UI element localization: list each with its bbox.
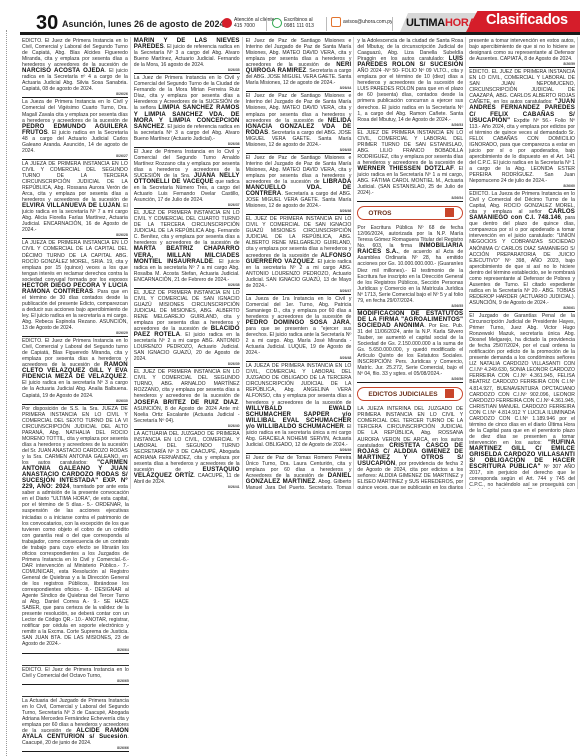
notice-code: 8/26/41 (134, 485, 240, 489)
notice-subject-name: NARCISO ACOSTA OJEDA (22, 67, 105, 74)
notice-code: 8/26/37 (134, 203, 240, 207)
divider (22, 654, 129, 666)
classified-notice: EL JUEZ DE PRIMERA INSTANCIA EN LO CIVIL… (246, 215, 352, 295)
classified-notice: El Juez de Paz de Santiago Misiones e In… (246, 154, 352, 215)
section-banner: Clasificados (466, 11, 580, 32)
classified-notice: MODIFICACION DE ESTATUTOS DE LA FIRMA "A… (357, 310, 463, 384)
notice-subject-name: ELVIRA VILLANUEVA DE LUJAN (22, 202, 120, 209)
classified-notice: EDICTO. EL JUEZ DE PRIMERA INSTANCIA EN … (469, 68, 575, 190)
classified-notice: EL JUEZ DE PRIMERA INSTANCIA EN LO CIVIL… (134, 209, 240, 289)
classified-notice: La Jueza de Primera Instancia en lo Civi… (22, 98, 128, 159)
notice-code: 8/26/26 (22, 92, 128, 96)
notice-code: 8/26/56 (357, 377, 463, 381)
section-icon (445, 389, 454, 398)
notice-code: 8/26/40 (134, 424, 240, 428)
notice-code: 8/26/46 (246, 209, 352, 213)
notice-code: 8/26/60 (469, 184, 575, 188)
classified-notice: La Jueza de 1ra Instancia en lo Civil y … (246, 295, 352, 362)
classified-notice: EL JUEZ DE PRIMERA INSTANCIA EN LO CIVIL… (134, 368, 240, 429)
notice-code: 8/26/35 (134, 68, 240, 72)
publication-date: Asunción, lunes 26 de agosto de 2024 (62, 19, 225, 29)
notice-code: 8/26/29 (22, 331, 128, 335)
classified-notice: El Juzgado de Garantías Penal de la Circ… (469, 312, 575, 489)
classified-notice: LA ACTUARIA DEL JUZGADO DE PRIMERA INSTA… (134, 430, 240, 490)
classified-notice: La Juez de Primera Instancia en lo Civil… (134, 74, 240, 148)
whatsapp-icon (272, 18, 282, 28)
classified-notice: MARIN Y DE LAS NIEVES PAREDES. El juicio… (134, 37, 240, 74)
section-title: Clasificados (486, 12, 568, 28)
email-contact: avisos@uhora.com.py (331, 17, 393, 27)
notice-subject-name: PEDRO DOMINGO SOSA JARA (246, 319, 350, 326)
notice-code: 8/26/39 (134, 362, 240, 366)
column-3: El Juez de Paz de Santiago Misiones e In… (246, 37, 355, 489)
phone-icon (222, 18, 232, 28)
classified-notice: EL JUEZ DE PRIMERA INSTANCIA EN LO CIVIL… (357, 129, 463, 203)
classified-notice: Por Escritura Pública Nº 68 de fecha 12/… (357, 224, 463, 310)
notice-code: 8/26/47 (246, 289, 352, 293)
divider (22, 685, 129, 697)
notice-code: 8/26/44 (246, 86, 352, 90)
classified-notice: EDICTO. El Juez de Primera Instancia en … (22, 37, 128, 98)
classified-notice: EDICTO. La Jueza de Primera Instancia en… (469, 190, 575, 312)
notice-code: 8/26/55 (357, 304, 463, 308)
section-icon (445, 208, 454, 217)
column-6: saber a admisión de la presente convocac… (22, 489, 131, 752)
classified-notice: El Juez de Paz de Santiago Misiones e In… (246, 37, 352, 92)
customer-service-contact: Atención al cliente:415 7000 (222, 17, 276, 29)
classified-notice: El Juez de Paz de Santiago Misiones e In… (246, 92, 352, 153)
divider (392, 17, 393, 31)
classified-notice: El Juez de Primera Instancia en lo Civil… (134, 148, 240, 209)
notice-code: 8/26/59 (469, 62, 575, 66)
column-2: MARIN Y DE LAS NIEVES PAREDES. El juicio… (134, 37, 243, 489)
classified-notice: El Juez de Paz de Tomas Romero Pereira Ú… (246, 454, 352, 489)
page-header: 30 Asunción, lunes 26 de agosto de 2024 … (0, 0, 580, 32)
notice-subject-name: WILLYBALD EWALD SCHUMACHER SAPPER y/o WI… (246, 405, 352, 430)
notice-code: 8/26/38 (134, 283, 240, 287)
notice-code: 8/26/54 (357, 196, 463, 200)
notice-code: 8/26/65 (22, 679, 129, 683)
notice-code: 8/26/30 (22, 399, 128, 403)
classified-notice: saber a admisión de la presente convocac… (22, 489, 129, 653)
column-1: EDICTO. El Juez de Primera Instancia en … (22, 37, 131, 489)
whatsapp-contact: Escríbinos al0981 111 013 (272, 17, 314, 29)
notice-code: 8/26/64 (22, 648, 129, 652)
column-5: presente a tomar intervención en estos a… (469, 37, 578, 489)
notice-code: 8/26/28 (22, 233, 128, 237)
classified-notice: EDICTO. El Juez de Primera Instancia en … (22, 337, 128, 404)
classified-notice: LA JUEZA DE PRIMERA INSTANCIA EN LO CIVI… (22, 160, 128, 240)
classified-notice: La Actuaria del Juzgado de Primera Insta… (22, 697, 129, 752)
section-header-edictos: EDICTOS JUDICIALES (357, 387, 463, 401)
divider (266, 17, 267, 31)
email-icon (331, 17, 341, 27)
classified-notice: EDICTO. El Juez de Primera Instancia en … (22, 666, 129, 685)
section-header-otros: OTROS (357, 206, 463, 220)
column-4: y la Adolescencia de la ciudad de Santa … (357, 37, 466, 489)
notice-code: 8/26/53 (357, 123, 463, 127)
header-rule (20, 32, 580, 35)
classifieds-columns: EDICTO. El Juez de Primera Instancia en … (22, 37, 578, 752)
divider (326, 17, 327, 31)
notice-code: 8/26/66 (22, 746, 129, 750)
notice-code: 8/26/61 (469, 306, 575, 310)
notice-code: 8/26/45 (246, 148, 352, 152)
classified-notice: LA JUEZA INTERINA DEL JUZGADO DE PRIMERA… (357, 405, 463, 489)
classified-notice: EL JUEZ DE PRIMERA INSTANCIA EN LO CIVIL… (134, 289, 240, 369)
classified-notice: LA JUEZA DE PRIMERA INSTANCIA EN LO CIVI… (246, 362, 352, 454)
notice-code: 8/26/49 (246, 448, 352, 452)
classified-notice: presente a tomar intervención en estos a… (469, 37, 575, 68)
brand-logo: ULTIMAHORA (406, 17, 476, 29)
notice-code: 8/26/48 (246, 356, 352, 360)
classified-notice: y la Adolescencia de la ciudad de Santa … (357, 37, 463, 129)
notice-subject-name: JOSEFA BRITEZ DE RUIZ DIAZ (134, 399, 238, 406)
classified-notice: Por disposición de S.S. la Sra. JUEZA DE… (22, 405, 128, 490)
classified-notice: LA JUEZA DE PRIMERA INSTANCIA EN LO CIVI… (22, 239, 128, 337)
margin-dots (6, 30, 8, 756)
notice-subject-name: WERNER THIESSEN DOTZLAF (357, 165, 454, 172)
notice-code: 8/26/36 (134, 142, 240, 146)
notice-code: 8/26/27 (22, 154, 128, 158)
